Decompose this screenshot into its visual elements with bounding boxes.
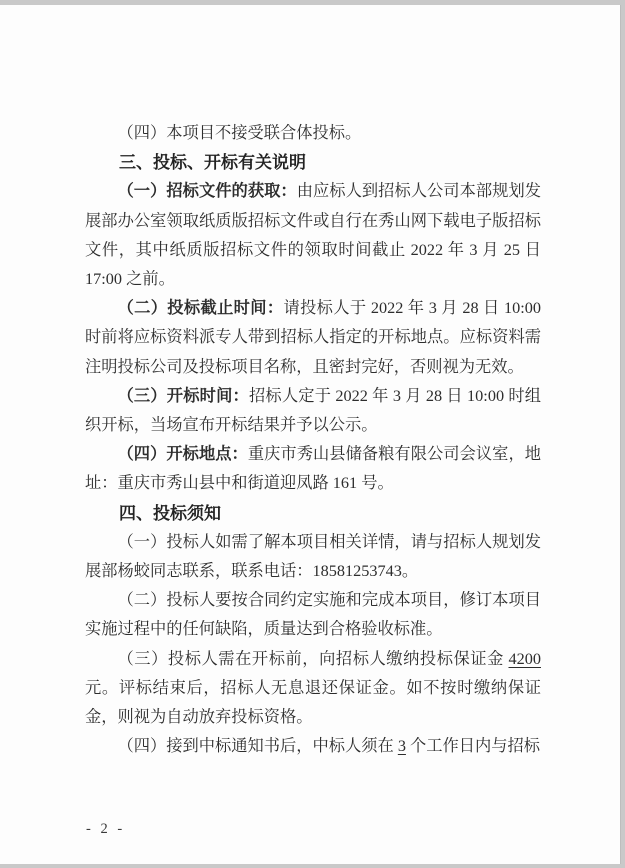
document-page: （四）本项目不接受联合体投标。 三、投标、开标有关说明 （一）招标文件的获取：由… (0, 5, 620, 864)
paragraph-sec3-item2: （二）投标截止时间：请投标人于 2022 年 3 月 28 日 10:00 时前… (85, 294, 541, 382)
paragraph-sec3-item4: （四）开标地点：重庆市秀山县储备粮有限公司会议室，地址：重庆市秀山县中和街道迎凤… (85, 440, 541, 498)
section-heading-bidding: 三、投标、开标有关说明 (85, 148, 541, 177)
item-body: （一）投标人如需了解本项目相关详情，请与招标人规划发展部杨蛟同志联系，联系电话：… (85, 533, 541, 580)
section-heading-notice: 四、投标须知 (85, 499, 541, 528)
item-body: （三）投标人需在开标前，向招标人缴纳投标保证金 (118, 650, 509, 668)
paragraph-sec2-item4: （四）本项目不接受联合体投标。 (85, 119, 541, 148)
item-body: 个工作日内与招标 (406, 737, 540, 755)
underlined-working-days: 3 (398, 737, 406, 755)
document-body: （四）本项目不接受联合体投标。 三、投标、开标有关说明 （一）招标文件的获取：由… (85, 119, 541, 761)
item-lead: （一）招标文件的获取： (118, 182, 297, 200)
paragraph-sec4-item2: （二）投标人要按合同约定实施和完成本项目，修订本项目实施过程中的任何缺陷，质量达… (85, 586, 541, 644)
item-lead: （三）开标时间： (118, 387, 249, 405)
paragraph-text: （四）本项目不接受联合体投标。 (118, 124, 362, 142)
paragraph-sec4-item1: （一）投标人如需了解本项目相关详情，请与招标人规划发展部杨蛟同志联系，联系电话：… (85, 528, 541, 586)
item-lead: （四）开标地点： (118, 445, 248, 463)
paragraph-sec4-item4: （四）接到中标通知书后，中标人须在 3 个工作日内与招标 (85, 732, 541, 761)
paragraph-sec3-item1: （一）招标文件的获取：由应标人到招标人公司本部规划发展部办公室领取纸质版招标文件… (85, 177, 541, 294)
page-number: - 2 - (86, 821, 125, 838)
paragraph-sec4-item3: （三）投标人需在开标前，向招标人缴纳投标保证金 4200 元。评标结束后，招标人… (85, 645, 541, 733)
item-lead: （二）投标截止时间： (118, 299, 284, 317)
paragraph-sec3-item3: （三）开标时间：招标人定于 2022 年 3 月 28 日 10:00 时组织开… (85, 382, 541, 440)
underlined-deposit-amount: 4200 (509, 650, 542, 668)
item-body: 元。评标结束后，招标人无息退还保证金。如不按时缴纳保证金，则视为自动放弃投标资格… (85, 679, 541, 726)
item-body: （四）接到中标通知书后，中标人须在 (118, 737, 398, 755)
item-body: （二）投标人要按合同约定实施和完成本项目，修订本项目实施过程中的任何缺陷，质量达… (85, 591, 541, 638)
